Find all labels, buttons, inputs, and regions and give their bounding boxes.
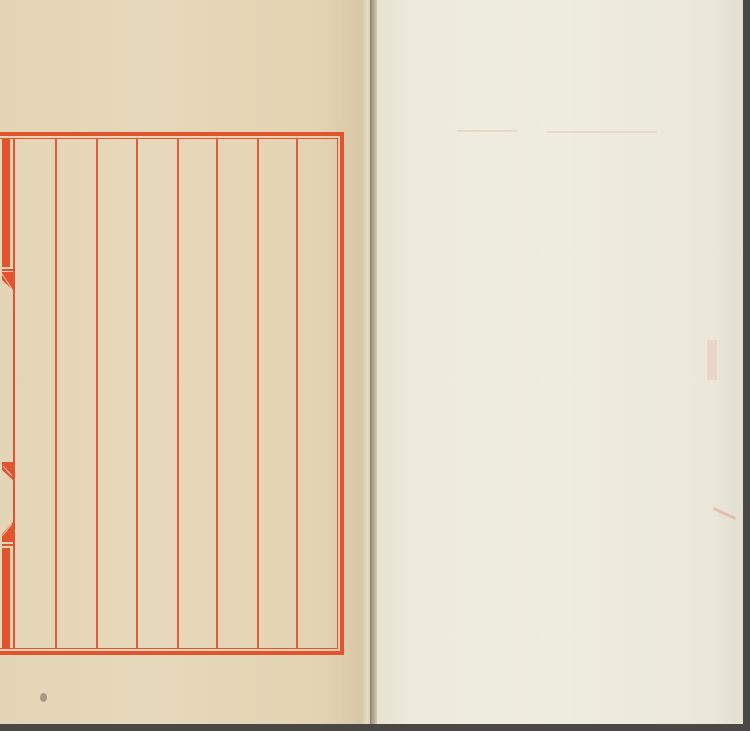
- bleed-through-mark: [713, 507, 737, 520]
- right-page: [377, 0, 743, 724]
- grid-right-border: [340, 132, 344, 655]
- bleed-through-mark: [547, 131, 657, 133]
- column-line: [177, 139, 179, 648]
- fold-bar-upper-cap: [2, 269, 13, 271]
- ink-spot: [40, 693, 47, 702]
- fishtail-upper-icon: [2, 272, 14, 292]
- bleed-through-mark: [707, 340, 717, 380]
- fold-bar-upper: [2, 139, 10, 267]
- column-line: [136, 139, 138, 648]
- column-line: [96, 139, 98, 648]
- column-line: [55, 139, 57, 648]
- fishtail-lower-icon: [2, 522, 14, 544]
- grid-top-inner-line: [0, 138, 338, 139]
- bleed-through-mark: [457, 130, 517, 132]
- scan-edge-right: [743, 0, 750, 731]
- column-line: [257, 139, 259, 648]
- fold-bar-lower: [2, 548, 10, 648]
- book-spread: [0, 0, 750, 731]
- grid-top-border: [0, 132, 344, 136]
- grid-bottom-border: [0, 651, 344, 655]
- fishtail-lower-upper-icon: [2, 462, 14, 482]
- grid-right-inner-line: [337, 138, 338, 649]
- scan-edge-bottom: [0, 724, 750, 731]
- left-page: [0, 0, 372, 724]
- ruled-grid: [0, 132, 344, 655]
- fold-inner-line: [13, 139, 15, 648]
- grid-bottom-inner-line: [0, 648, 338, 649]
- column-line: [296, 139, 298, 648]
- column-line: [216, 139, 218, 648]
- fold-bar-lower-cap: [2, 544, 13, 546]
